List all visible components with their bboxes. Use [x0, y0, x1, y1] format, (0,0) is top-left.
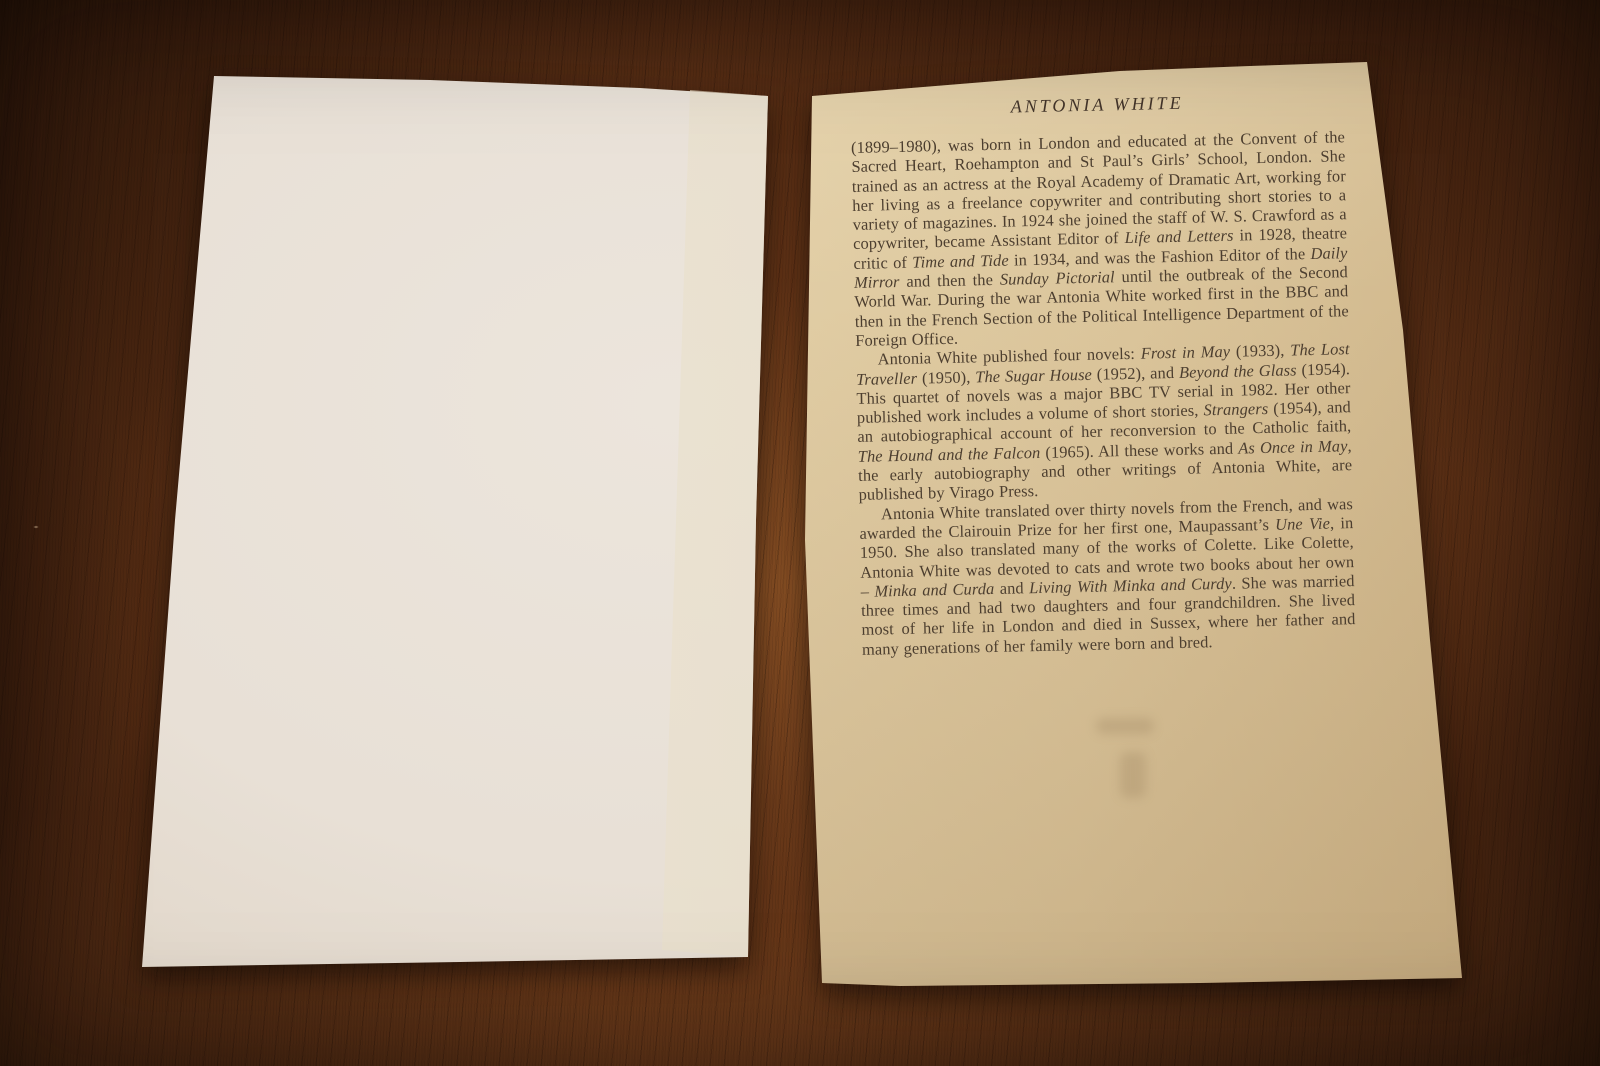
- book-title-italic: The Sugar House: [975, 364, 1092, 386]
- right-page: [0, 0, 1600, 1066]
- print-show-through: [1096, 718, 1154, 734]
- right-page-shadow-wrap: [0, 0, 1600, 1066]
- bio-paragraph: (1899–1980), was born in London and educ…: [851, 127, 1350, 350]
- book-title-italic: As Once in May: [1238, 436, 1348, 457]
- bio-run: (1933),: [1230, 341, 1291, 361]
- bio-run: (1952), and: [1092, 362, 1179, 383]
- photo-of-open-book: ANTONIA WHITE (1899–1980), was born in L…: [0, 0, 1600, 1066]
- bio-run: and: [994, 578, 1029, 598]
- bio-text: (1899–1980), was born in London and educ…: [851, 127, 1356, 659]
- page-content: ANTONIA WHITE (1899–1980), was born in L…: [850, 89, 1356, 659]
- book-title-italic: Life and Letters: [1124, 226, 1233, 247]
- book-title-italic: Une Vie: [1275, 514, 1330, 534]
- book-title-italic: Frost in May: [1141, 342, 1231, 363]
- book-title-italic: Beyond the Glass: [1179, 360, 1297, 382]
- bio-paragraph: Antonia White published four novels: Fro…: [855, 339, 1352, 504]
- book-title-italic: Minka and Curda: [874, 579, 994, 601]
- print-show-through: [1120, 752, 1146, 798]
- book-title-italic: Time and Tide: [912, 250, 1009, 271]
- book-title-italic: Sunday Pictorial: [1000, 267, 1115, 289]
- bio-paragraph: Antonia White translated over thirty nov…: [859, 494, 1356, 659]
- bio-run: and then the: [899, 270, 1000, 291]
- bio-run: (1950),: [917, 367, 976, 387]
- book-title-italic: Strangers: [1203, 399, 1268, 419]
